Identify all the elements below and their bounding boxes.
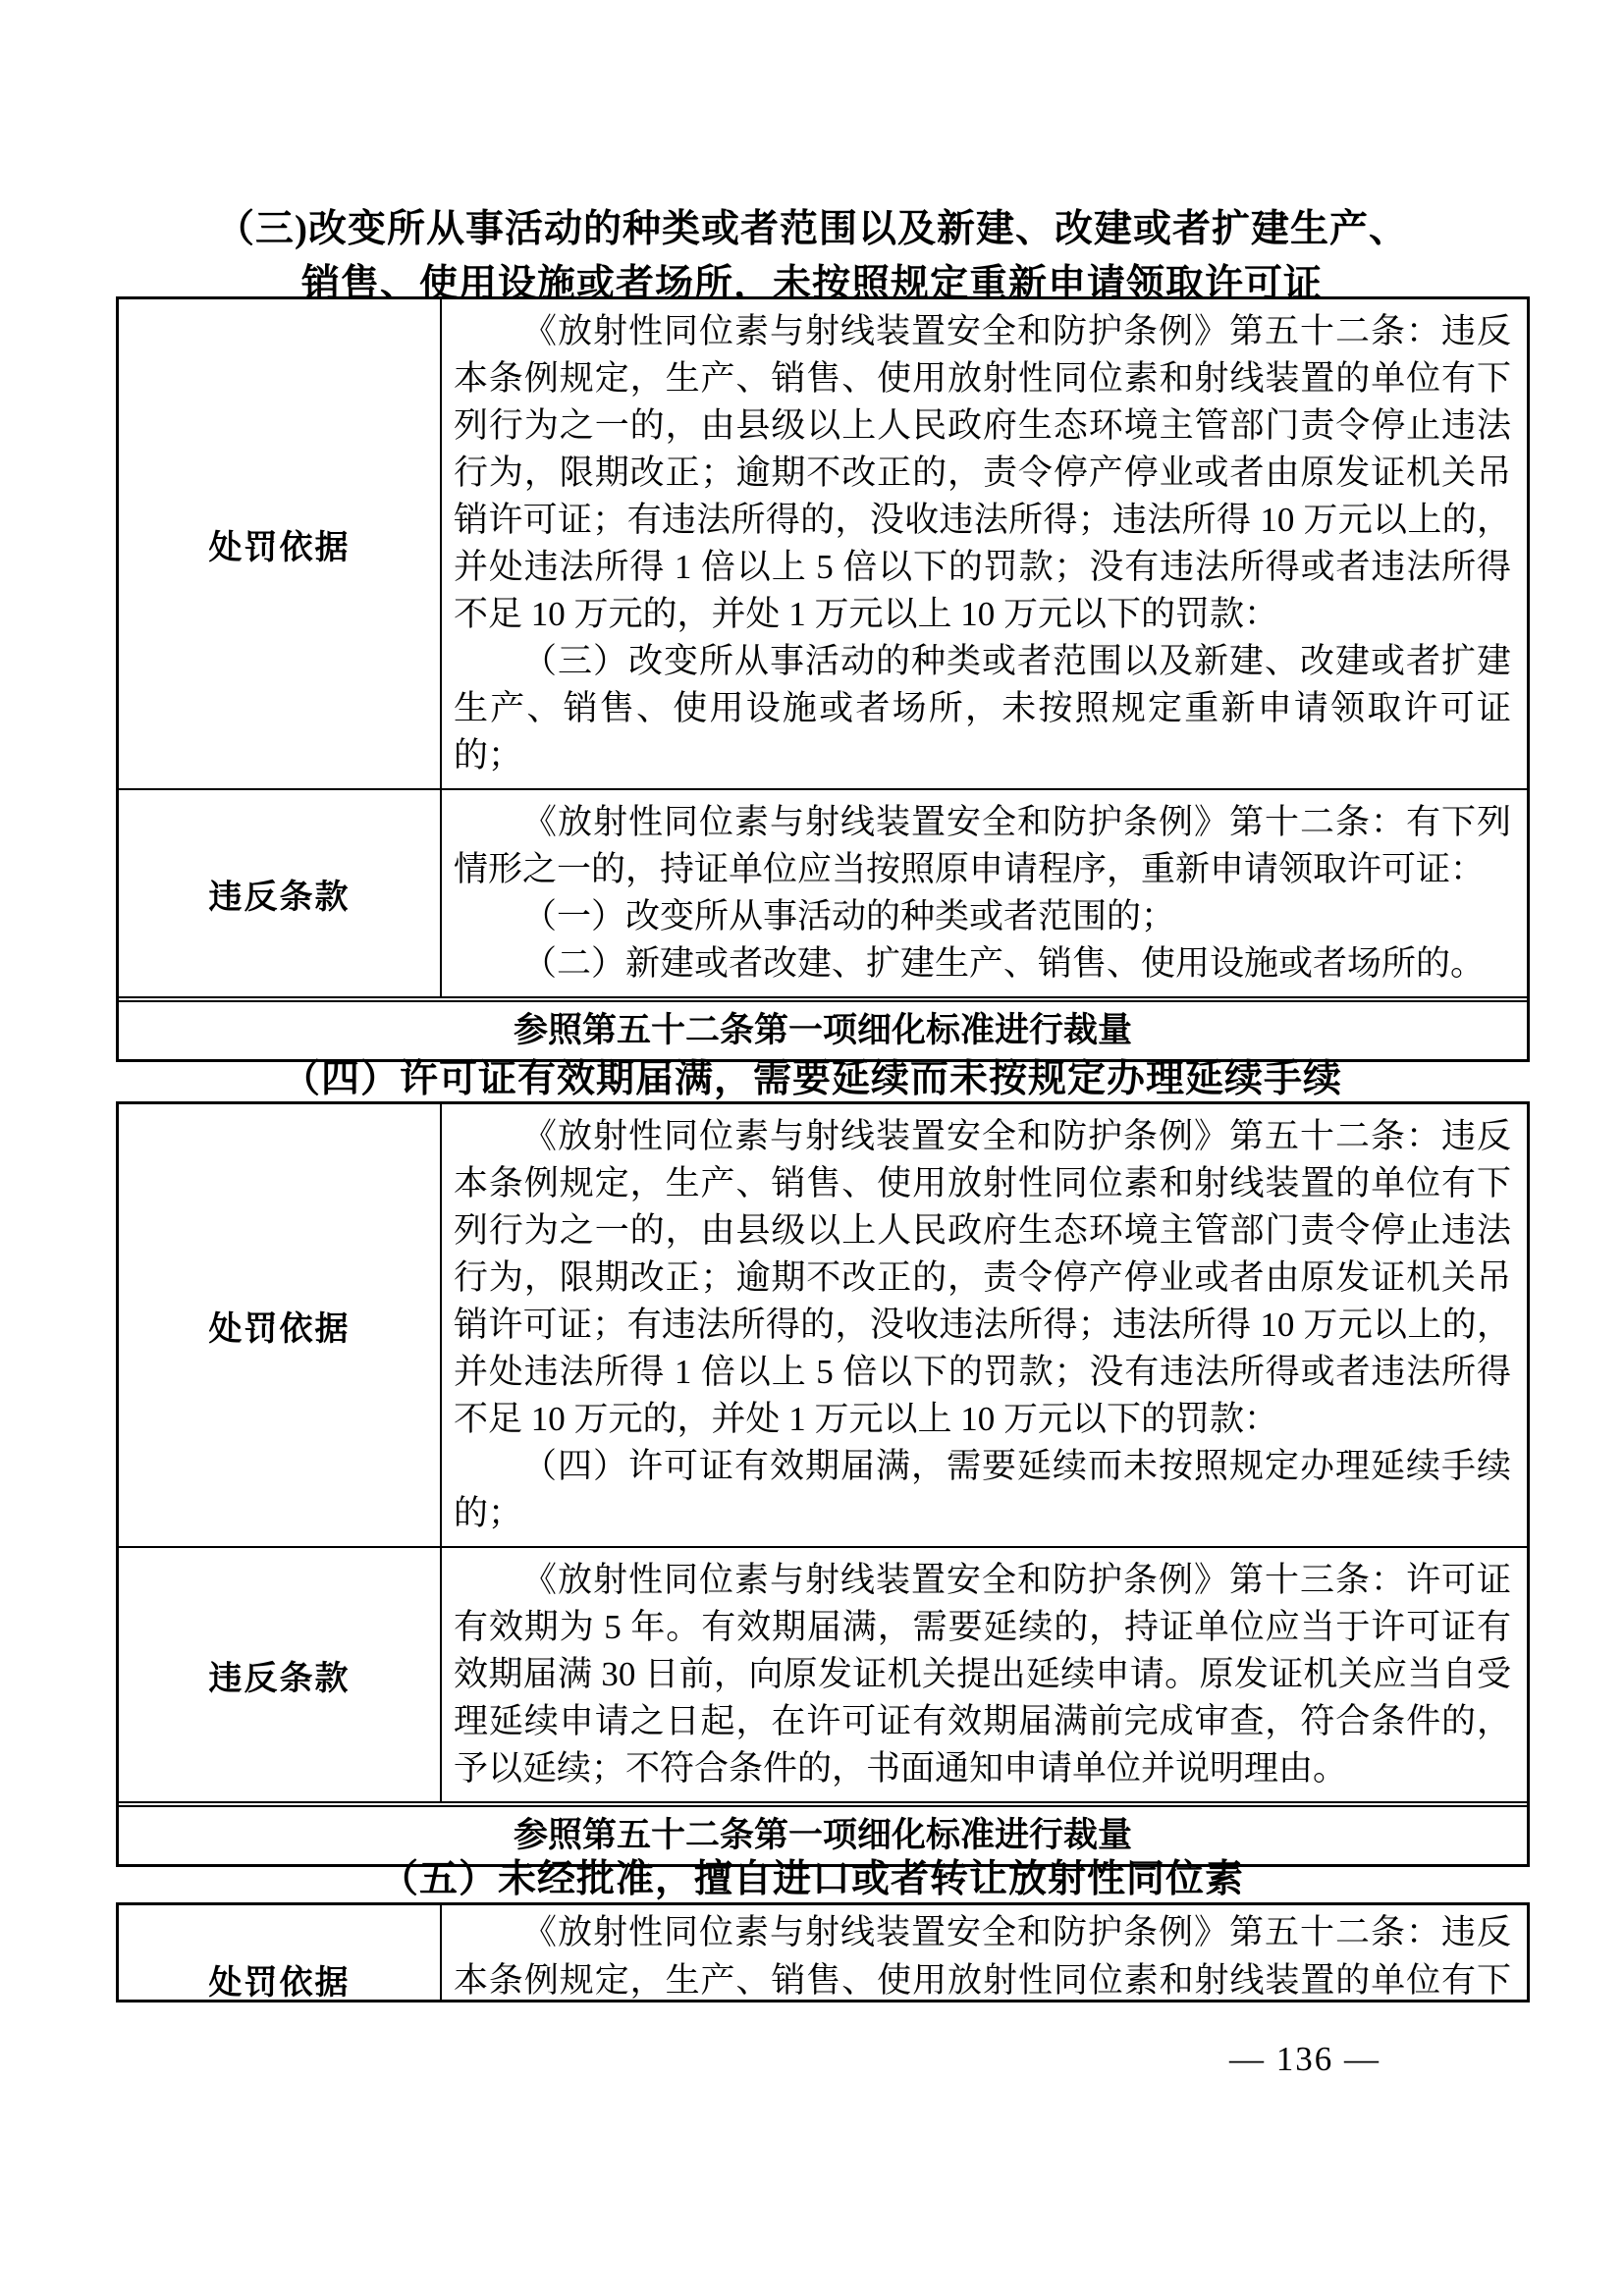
- penalty-basis-label: 处罚依据: [119, 1104, 442, 1546]
- violated-clause-label: 违反条款: [119, 790, 442, 996]
- section-3-title-line-1: （三)改变所从事活动的种类或者范围以及新建、改建或者扩建生产、: [0, 202, 1624, 257]
- penalty-basis-content: 《放射性同位素与射线装置安全和防护条例》第五十二条：违反本条例规定，生产、销售、…: [442, 1905, 1527, 2002]
- table-row: 违反条款 《放射性同位素与射线装置安全和防护条例》第十二条：有下列情形之一的，持…: [119, 788, 1527, 996]
- paragraph: 《放射性同位素与射线装置安全和防护条例》第十二条：有下列情形之一的，持证单位应当…: [454, 799, 1511, 893]
- paragraph: 《放射性同位素与射线装置安全和防护条例》第五十二条：违反本条例规定，生产、销售、…: [454, 308, 1511, 638]
- paragraph: （四）许可证有效期届满，需要延续而未按照规定办理延续手续的；: [454, 1443, 1511, 1537]
- paragraph: （一）改变所从事活动的种类或者范围的；: [454, 893, 1511, 940]
- section-5-table: 处罚依据 《放射性同位素与射线装置安全和防护条例》第五十二条：违反本条例规定，生…: [116, 1902, 1530, 2002]
- violated-clause-label: 违反条款: [119, 1548, 442, 1801]
- table-row: 处罚依据 《放射性同位素与射线装置安全和防护条例》第五十二条：违反本条例规定，生…: [119, 299, 1527, 788]
- paragraph: （二）新建或者改建、扩建生产、销售、使用设施或者场所的。: [454, 940, 1511, 988]
- penalty-basis-label: 处罚依据: [119, 299, 442, 788]
- section-5-title: （五）未经批准，擅自进口或者转让放射性同位素: [0, 1855, 1624, 1904]
- paragraph: 《放射性同位素与射线装置安全和防护条例》第五十二条：违反本条例规定，生产、销售、…: [454, 1113, 1511, 1443]
- paragraph: （三）改变所从事活动的种类或者范围以及新建、改建或者扩建生产、销售、使用设施或者…: [454, 638, 1511, 779]
- section-4-title: （四）许可证有效期届满，需要延续而未按规定办理延续手续: [0, 1052, 1624, 1107]
- penalty-basis-content: 《放射性同位素与射线装置安全和防护条例》第五十二条：违反本条例规定，生产、销售、…: [442, 299, 1527, 788]
- section-4-table: 处罚依据 《放射性同位素与射线装置安全和防护条例》第五十二条：违反本条例规定，生…: [116, 1101, 1530, 1867]
- paragraph: 《放射性同位素与射线装置安全和防护条例》第十三条：许可证有效期为 5 年。有效期…: [454, 1557, 1511, 1792]
- penalty-basis-label: 处罚依据: [119, 1905, 442, 2002]
- paragraph: 《放射性同位素与射线装置安全和防护条例》第五十二条：违反本条例规定，生产、销售、…: [454, 1908, 1511, 2002]
- page-number: — 136 —: [1229, 2040, 1380, 2079]
- discretion-reference-note: 参照第五十二条第一项细化标准进行裁量: [119, 996, 1527, 1059]
- table-row: 违反条款 《放射性同位素与射线装置安全和防护条例》第十三条：许可证有效期为 5 …: [119, 1546, 1527, 1801]
- section-5-title-line-1: （五）未经批准，擅自进口或者转让放射性同位素: [0, 1855, 1624, 1904]
- violated-clause-content: 《放射性同位素与射线装置安全和防护条例》第十二条：有下列情形之一的，持证单位应当…: [442, 790, 1527, 996]
- section-4-title-line-1: （四）许可证有效期届满，需要延续而未按规定办理延续手续: [0, 1052, 1624, 1107]
- violated-clause-content: 《放射性同位素与射线装置安全和防护条例》第十三条：许可证有效期为 5 年。有效期…: [442, 1548, 1527, 1801]
- table-row: 处罚依据 《放射性同位素与射线装置安全和防护条例》第五十二条：违反本条例规定，生…: [119, 1104, 1527, 1546]
- table-row: 处罚依据 《放射性同位素与射线装置安全和防护条例》第五十二条：违反本条例规定，生…: [119, 1905, 1527, 2002]
- penalty-basis-content: 《放射性同位素与射线装置安全和防护条例》第五十二条：违反本条例规定，生产、销售、…: [442, 1104, 1527, 1546]
- document-page: （三)改变所从事活动的种类或者范围以及新建、改建或者扩建生产、 销售、使用设施或…: [0, 0, 1624, 2296]
- section-3-table: 处罚依据 《放射性同位素与射线装置安全和防护条例》第五十二条：违反本条例规定，生…: [116, 296, 1530, 1062]
